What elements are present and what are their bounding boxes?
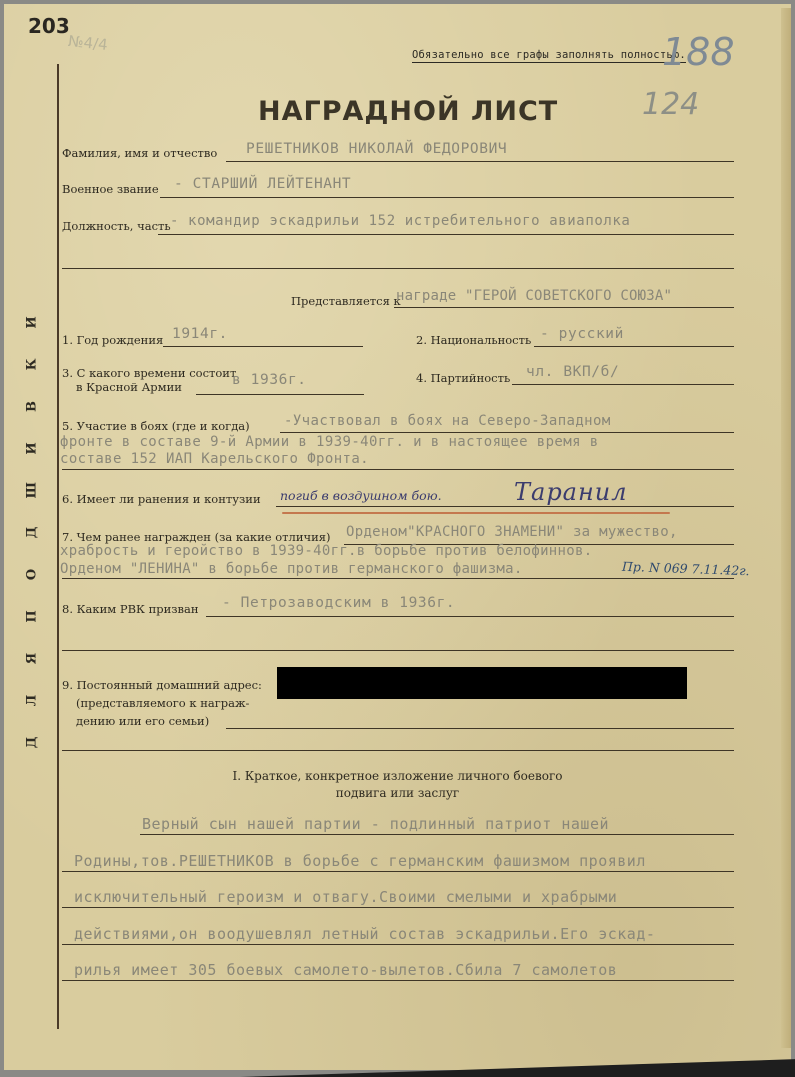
nominated-label: Представляется к: [291, 294, 401, 308]
awards-line-3: Орденом "ЛЕНИНА" в борьбе против германс…: [60, 561, 523, 577]
wounds-rule: [276, 506, 734, 507]
draft-office-rule: [206, 616, 734, 617]
awards-line-1: Орденом"КРАСНОГО ЗНАМЕНИ" за мужество,: [346, 524, 678, 540]
rank-value: - СТАРШИЙ ЛЕЙТЕНАНТ: [174, 176, 351, 192]
red-pencil-underline: [282, 512, 670, 514]
section-heading-line-2: подвига или заслуг: [0, 785, 795, 802]
battles-line-2: фронте в составе 9-й Армии в 1939-40гг. …: [60, 434, 599, 450]
position-value: - командир эскадрильи 152 истребительног…: [170, 213, 630, 229]
name-value: РЕШЕТНИКОВ НИКОЛАЙ ФЕДОРОВИЧ: [246, 141, 507, 157]
address-rule: [226, 728, 734, 729]
name-label: Фамилия, имя и отчество: [62, 146, 217, 160]
narrative-line: Родины,тов.РЕШЕТНИКОВ в борьбе с германс…: [74, 852, 646, 870]
wounds-handwritten: погиб в воздушном бою.: [280, 488, 442, 503]
redacted-address: [277, 667, 687, 699]
battles-label: 5. Участие в боях (где и когда): [62, 419, 250, 433]
army-since-label-1: 3. С какого времени состоит: [62, 366, 236, 380]
army-since-value: в 1936г.: [232, 372, 307, 388]
name-rule: [226, 161, 734, 162]
nominated-rule: [394, 307, 734, 308]
section-divider: [62, 750, 734, 751]
narrative-rule: [62, 980, 734, 981]
position-label: Должность, часть: [62, 219, 171, 233]
party-rule: [512, 384, 734, 385]
narrative-line: исключительный героизм и отвагу.Своими с…: [74, 888, 617, 906]
nationality-rule: [534, 346, 734, 347]
draft-office-label: 8. Каким РВК призван: [62, 602, 199, 616]
side-text-letter: П: [25, 609, 40, 625]
paper-edge: [781, 8, 791, 1048]
draft-office-value: - Петрозаводским в 1936г.: [222, 595, 455, 611]
position-rule-2: [62, 268, 734, 269]
section-heading-line-1: I. Краткое, конкретное изложение личного…: [0, 768, 795, 785]
rank-rule: [160, 197, 734, 198]
awards-line-2: храбрость и геройство в 1939-40гг.в борь…: [60, 543, 592, 559]
battles-rule-2: [62, 469, 734, 470]
battles-line-3: составе 152 ИАП Карельского Фронта.: [60, 451, 369, 467]
nationality-value: - русский: [540, 326, 624, 342]
narrative-line: действиями,он воодушевлял летный состав …: [74, 925, 655, 943]
narrative-line: рилья имеет 305 боевых самолето-вылетов.…: [74, 961, 617, 979]
birth-year-value: 1914г.: [172, 326, 228, 342]
birth-year-rule: [163, 346, 363, 347]
side-text-letter: Л: [25, 693, 40, 709]
battles-line-1: -Участвовал в боях на Северо-Западном: [284, 413, 611, 429]
side-text-letter: В: [25, 399, 40, 415]
narrative-line: Верный сын нашей партии - подлинный патр…: [142, 815, 609, 833]
pencil-mark-188: 188: [662, 30, 735, 74]
army-since-label-2: в Красной Армии: [76, 380, 182, 394]
birth-year-label: 1. Год рождения: [62, 333, 163, 347]
side-text-letter: Д: [25, 735, 40, 751]
side-text-letter: О: [25, 567, 40, 583]
side-text-letter: К: [25, 357, 40, 373]
narrative-rule: [140, 834, 734, 835]
rank-label: Военное звание: [62, 182, 159, 196]
party-label: 4. Партийность: [416, 371, 510, 385]
margin-line: [57, 64, 59, 1029]
wounds-handwritten-rammed: Таранил: [514, 478, 628, 506]
address-label-3: дению или его семьи): [76, 714, 209, 728]
side-text-letter: Ш: [25, 483, 40, 499]
document-title: НАГРАДНОЙ ЛИСТ: [258, 96, 558, 127]
side-text-letter: Я: [25, 651, 40, 667]
archive-page-number: 203: [28, 14, 70, 38]
nominated-value: награде "ГЕРОЙ СОВЕТСКОГО СОЮЗА": [396, 288, 672, 304]
address-label-2: (представляемого к награж-: [76, 696, 249, 710]
side-text-letter: И: [25, 315, 40, 331]
position-rule: [158, 234, 734, 235]
wounds-label: 6. Имеет ли ранения и контузии: [62, 492, 261, 506]
side-text-letter: И: [25, 441, 40, 457]
draft-office-rule-2: [62, 650, 734, 651]
narrative-rule: [62, 871, 734, 872]
party-value: чл. ВКП/б/: [526, 364, 619, 380]
address-label-1: 9. Постоянный домашний адрес:: [62, 678, 262, 692]
awards-rule-2: [62, 578, 734, 579]
narrative-rule: [62, 907, 734, 908]
army-since-rule: [196, 394, 364, 395]
side-text-letter: Д: [25, 525, 40, 541]
awards-label: 7. Чем ранее награжден (за какие отличия…: [62, 530, 331, 544]
notice-text: Обязательно все графы заполнять полность…: [412, 49, 686, 63]
nationality-label: 2. Национальность: [416, 333, 531, 347]
pencil-mark-124: 124: [642, 87, 699, 122]
narrative-rule: [62, 944, 734, 945]
